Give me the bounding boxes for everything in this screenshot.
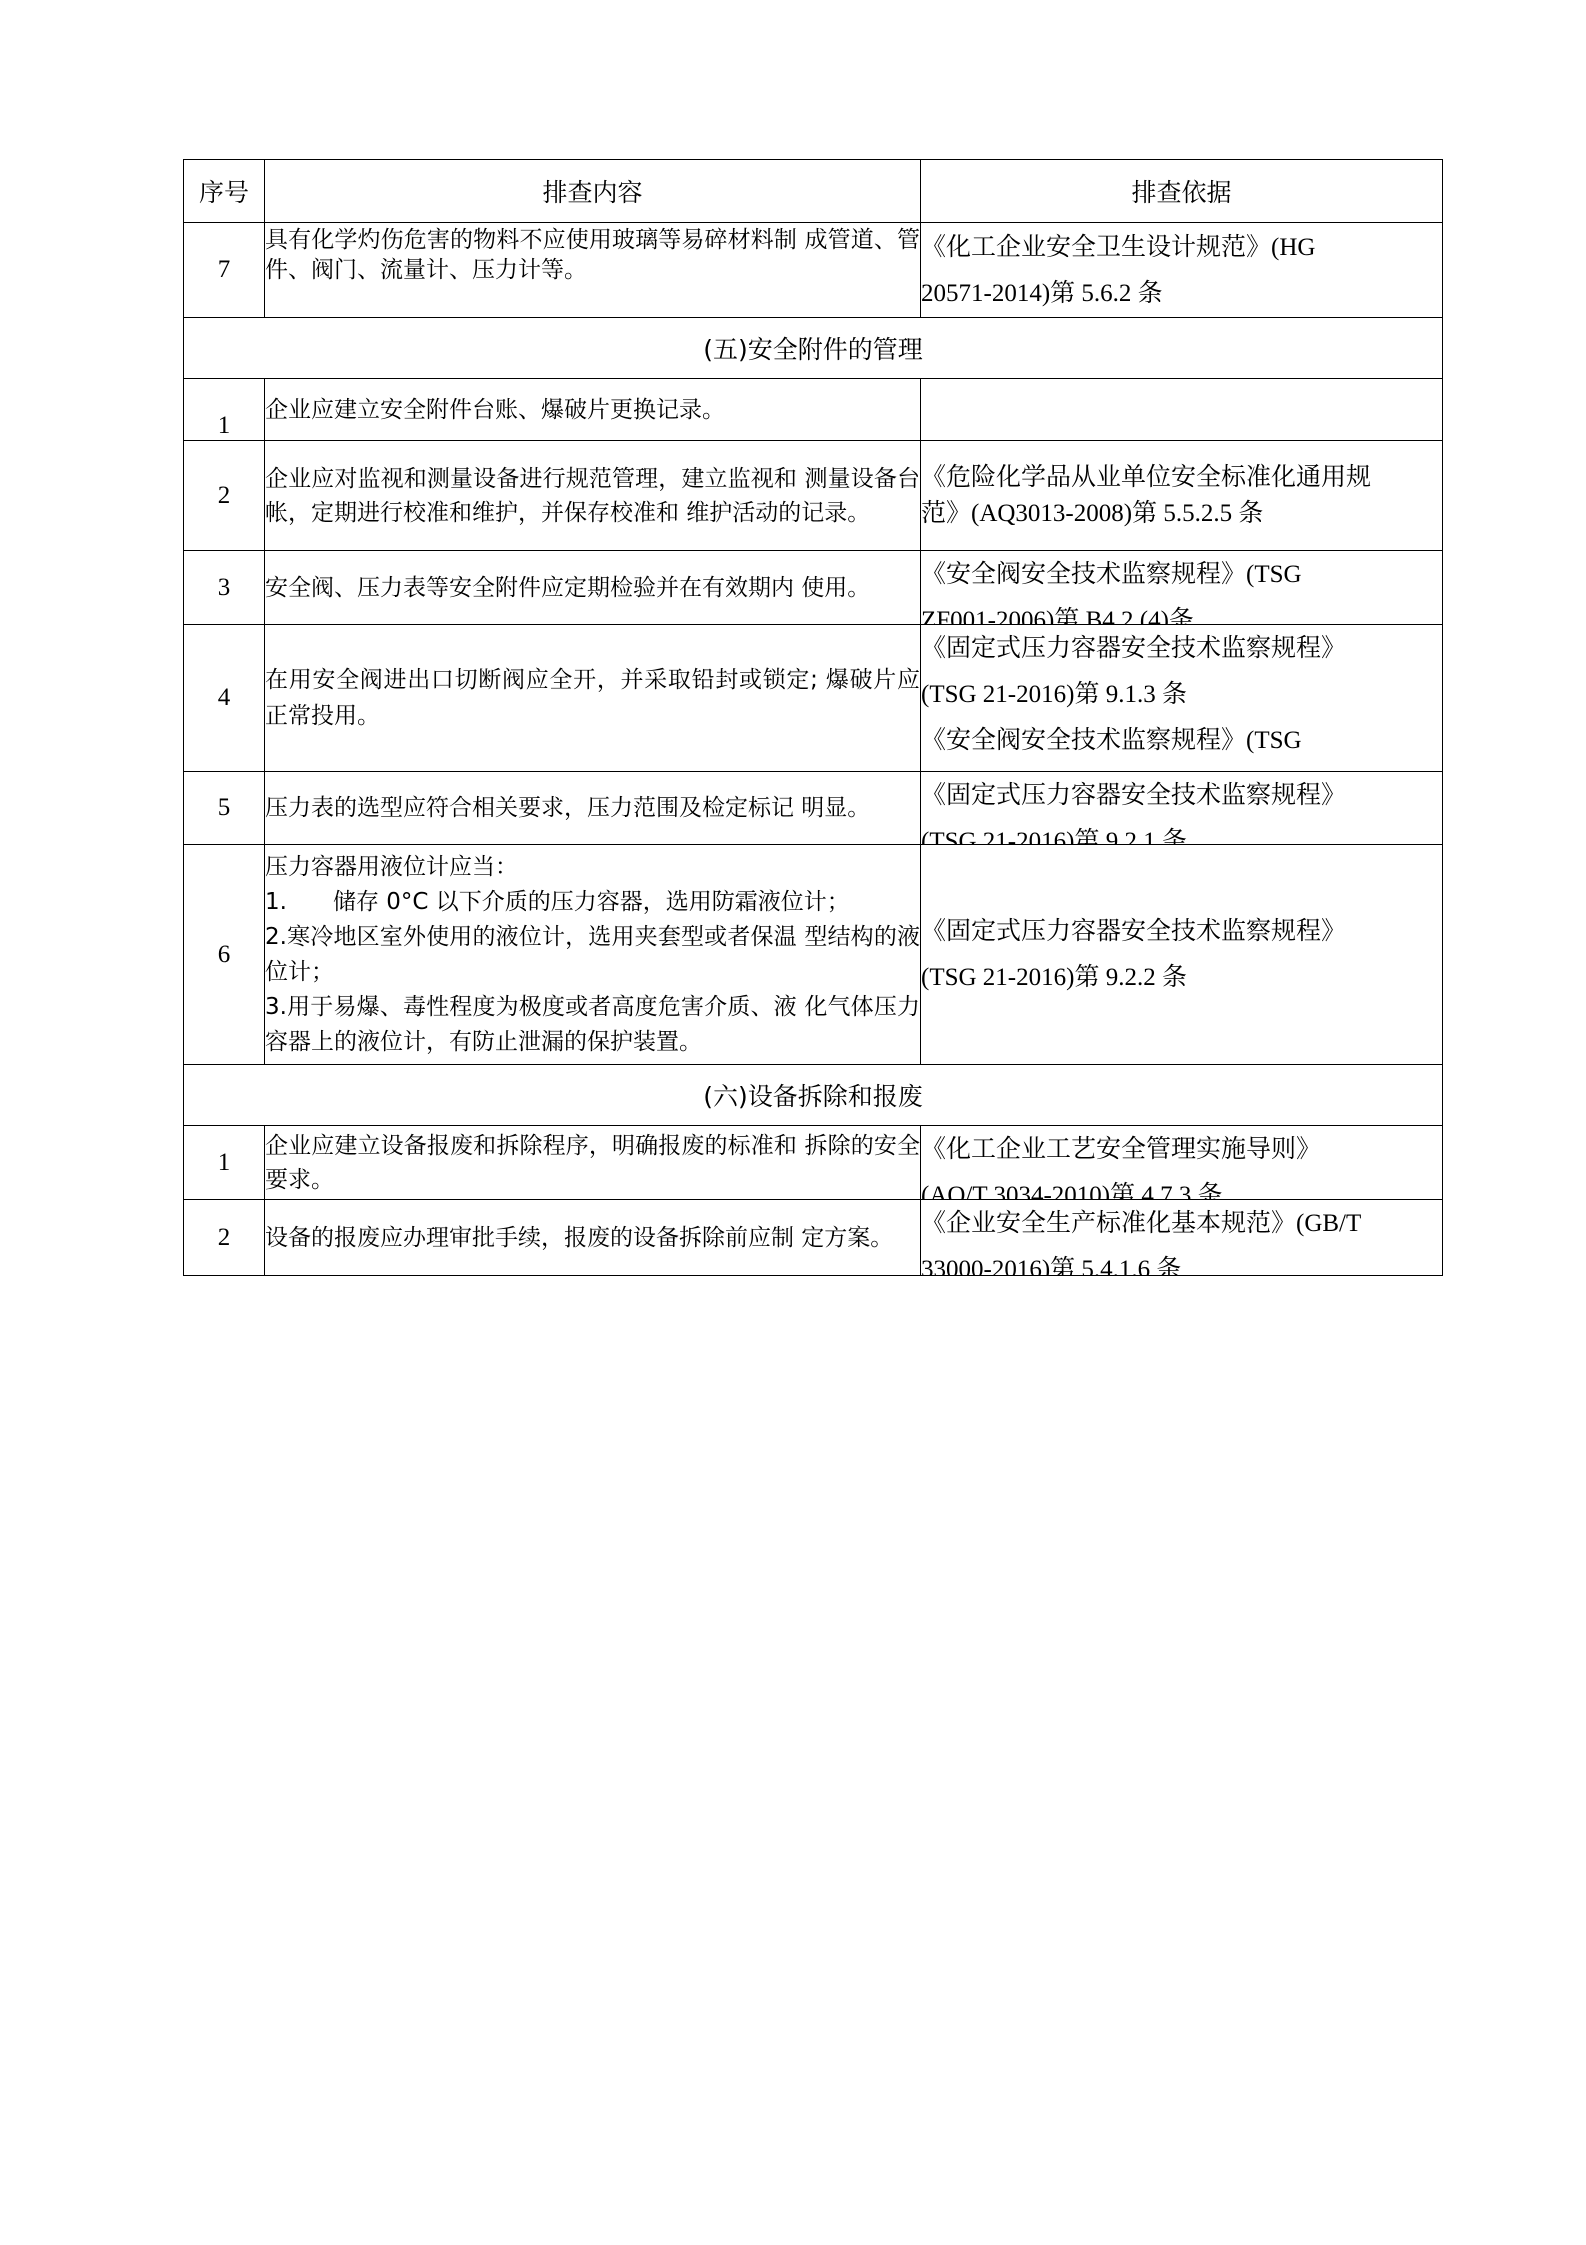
basis-line: 《安全阀安全技术监察规程》(TSG — [921, 552, 1442, 598]
row-content: 在用安全阀进出口切断阀应全开，并采取铅封或锁定; 爆破片应正常投用。 — [265, 625, 921, 772]
row-basis: 《危险化学品从业单位安全标准化通用规 范》(AQ3013-2008)第 5.5.… — [921, 441, 1443, 551]
table-row: 7 具有化学灼伤危害的物料不应使用玻璃等易碎材料制 成管道、管件、阀门、流量计、… — [184, 223, 1443, 318]
row-number: 6 — [184, 845, 265, 1065]
basis-line: 《企业安全生产标准化基本规范》(GB/T — [921, 1201, 1442, 1247]
row-basis: 《固定式压力容器安全技术监察规程》 (TSG 21-2016)第 9.2.1 条 — [921, 772, 1443, 845]
section-title: (五)安全附件的管理 — [184, 318, 1443, 379]
table-row: 1 企业应建立安全附件台账、爆破片更换记录。 — [184, 379, 1443, 441]
basis-line: 《化工企业工艺安全管理实施导则》 — [921, 1127, 1442, 1173]
section-header-row: (六)设备拆除和报废 — [184, 1065, 1443, 1126]
inspection-table: 序号 排查内容 排查依据 7 具有化学灼伤危害的物料不应使用玻璃等易碎材料制 成… — [183, 159, 1443, 1276]
row-basis: 《化工企业安全卫生设计规范》(HG 20571-2014)第 5.6.2 条 — [921, 223, 1443, 318]
content-line: 3.用于易爆、毒性程度为极度或者高度危害介质、液 化气体压力容器上的液位计，有防… — [265, 990, 920, 1060]
basis-line: ZF001-2006)第 B4.2 (4)条 — [921, 598, 1442, 624]
table-header-row: 序号 排查内容 排查依据 — [184, 160, 1443, 223]
row-number: 1 — [184, 379, 265, 441]
row-content: 企业应建立安全附件台账、爆破片更换记录。 — [265, 379, 921, 441]
row-basis — [921, 379, 1443, 441]
basis-line: 《固定式压力容器安全技术监察规程》 — [921, 909, 1442, 955]
row-basis: 《固定式压力容器安全技术监察规程》 (TSG 21-2016)第 9.1.3 条… — [921, 625, 1443, 772]
basis-line: (AQ/T 3034-2010)第 4.7.3 条 — [921, 1173, 1442, 1199]
content-line: 压力容器用液位计应当： — [265, 850, 920, 885]
row-basis: 《固定式压力容器安全技术监察规程》 (TSG 21-2016)第 9.2.2 条 — [921, 845, 1443, 1065]
row-number: 2 — [184, 1200, 265, 1276]
table-row: 5 压力表的选型应符合相关要求，压力范围及检定标记 明显。 《固定式压力容器安全… — [184, 772, 1443, 845]
row-content: 具有化学灼伤危害的物料不应使用玻璃等易碎材料制 成管道、管件、阀门、流量计、压力… — [265, 223, 921, 318]
basis-line: (TSG 21-2016)第 9.2.1 条 — [921, 819, 1442, 844]
table-row: 2 设备的报废应办理审批手续，报废的设备拆除前应制 定方案。 《企业安全生产标准… — [184, 1200, 1443, 1276]
basis-line: 《固定式压力容器安全技术监察规程》 — [921, 626, 1442, 672]
row-content: 设备的报废应办理审批手续，报废的设备拆除前应制 定方案。 — [265, 1200, 921, 1276]
basis-line: 《化工企业安全卫生设计规范》(HG — [921, 225, 1442, 271]
basis-line: 20571-2014)第 5.6.2 条 — [921, 271, 1442, 317]
row-content: 企业应建立设备报废和拆除程序，明确报废的标准和 拆除的安全要求。 — [265, 1126, 921, 1200]
row-content: 压力容器用液位计应当： 1. 储存 0°C 以下介质的压力容器，选用防霜液位计；… — [265, 845, 921, 1065]
row-basis: 《企业安全生产标准化基本规范》(GB/T 33000-2016)第 5.4.1.… — [921, 1200, 1443, 1276]
row-content: 企业应对监视和测量设备进行规范管理，建立监视和 测量设备台帐，定期进行校准和维护… — [265, 441, 921, 551]
row-content: 压力表的选型应符合相关要求，压力范围及检定标记 明显。 — [265, 772, 921, 845]
row-number: 1 — [184, 1126, 265, 1200]
row-number: 2 — [184, 441, 265, 551]
table-row: 3 安全阀、压力表等安全附件应定期检验并在有效期内 使用。 《安全阀安全技术监察… — [184, 551, 1443, 625]
table-row: 4 在用安全阀进出口切断阀应全开，并采取铅封或锁定; 爆破片应正常投用。 《固定… — [184, 625, 1443, 772]
basis-line: 范》(AQ3013-2008)第 5.5.2.5 条 — [921, 496, 1442, 532]
basis-line: 《危险化学品从业单位安全标准化通用规 — [921, 460, 1442, 496]
header-basis: 排查依据 — [921, 160, 1443, 223]
basis-line: 33000-2016)第 5.4.1.6 条 — [921, 1247, 1442, 1275]
header-no: 序号 — [184, 160, 265, 223]
basis-line: 《安全阀安全技术监察规程》(TSG — [921, 718, 1442, 764]
content-line: 1. 储存 0°C 以下介质的压力容器，选用防霜液位计； — [265, 885, 920, 920]
section-title: (六)设备拆除和报废 — [184, 1065, 1443, 1126]
row-number: 3 — [184, 551, 265, 625]
document-page: 序号 排查内容 排查依据 7 具有化学灼伤危害的物料不应使用玻璃等易碎材料制 成… — [0, 0, 1586, 2245]
header-content: 排查内容 — [265, 160, 921, 223]
table-row: 1 企业应建立设备报废和拆除程序，明确报废的标准和 拆除的安全要求。 《化工企业… — [184, 1126, 1443, 1200]
row-number: 5 — [184, 772, 265, 845]
table-row: 6 压力容器用液位计应当： 1. 储存 0°C 以下介质的压力容器，选用防霜液位… — [184, 845, 1443, 1065]
row-content: 安全阀、压力表等安全附件应定期检验并在有效期内 使用。 — [265, 551, 921, 625]
basis-line: (TSG 21-2016)第 9.1.3 条 — [921, 672, 1442, 718]
row-basis: 《安全阀安全技术监察规程》(TSG ZF001-2006)第 B4.2 (4)条 — [921, 551, 1443, 625]
row-basis: 《化工企业工艺安全管理实施导则》 (AQ/T 3034-2010)第 4.7.3… — [921, 1126, 1443, 1200]
row-number: 4 — [184, 625, 265, 772]
content-line: 2.寒冷地区室外使用的液位计，选用夹套型或者保温 型结构的液位计； — [265, 920, 920, 990]
section-header-row: (五)安全附件的管理 — [184, 318, 1443, 379]
basis-line: (TSG 21-2016)第 9.2.2 条 — [921, 955, 1442, 1001]
row-number: 7 — [184, 223, 265, 318]
table-row: 2 企业应对监视和测量设备进行规范管理，建立监视和 测量设备台帐，定期进行校准和… — [184, 441, 1443, 551]
basis-line: 《固定式压力容器安全技术监察规程》 — [921, 773, 1442, 819]
